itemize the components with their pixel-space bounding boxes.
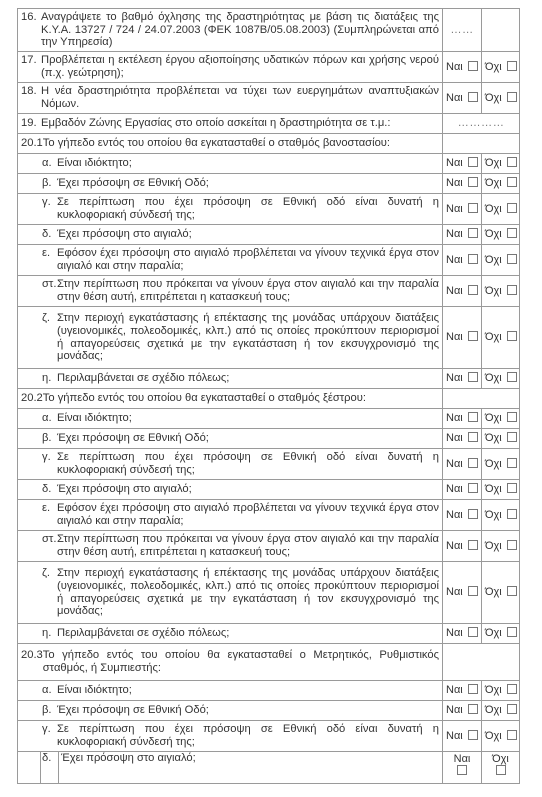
no-label: Όχι	[485, 730, 502, 742]
question-cell: α.Είναι ιδιόκτητο;	[18, 154, 443, 174]
question-text: Εφόσον έχει πρόσοψη στο αιγιαλό προβλέπε…	[57, 247, 439, 272]
yes-checkbox-20-1-1[interactable]	[468, 177, 478, 187]
question-cell: η.Περιλαμβάνεται σε σχέδιο πόλεως;	[18, 369, 443, 389]
question-text: Έχει πρόσοψη σε Εθνική Οδό;	[57, 177, 439, 190]
question-cell: ε.Εφόσον έχει πρόσοψη στο αιγιαλό προβλέ…	[18, 500, 443, 531]
table-row: ε.Εφόσον έχει πρόσοψη στο αιγιαλό προβλέ…	[18, 245, 520, 276]
question-text: Αναγράψετε το βαθμό όχλησης της δραστηρι…	[41, 11, 439, 49]
question-number: η.	[42, 372, 57, 385]
table-row: η.Περιλαμβάνεται σε σχέδιο πόλεως;Ναι Όχ…	[18, 369, 520, 389]
no-label: Όχι	[485, 432, 502, 444]
yes-cell: Ναι	[443, 154, 482, 174]
question-cell: 16.Αναγράψετε το βαθμό όχλησης της δραστ…	[18, 9, 443, 52]
yes-label: Ναι	[446, 331, 463, 343]
no-label: Όχι	[485, 285, 502, 297]
question-cell: στ.Στην περίπτωση που πρόκειται να γίνου…	[18, 276, 443, 307]
table-row: 17.Προβλέπεται η εκτέλεση έργου αξιοποίη…	[18, 52, 520, 83]
table-row: ε.Εφόσον έχει πρόσοψη στο αιγιαλό προβλέ…	[18, 500, 520, 531]
yes-checkbox-20-1-6[interactable]	[468, 331, 478, 341]
yes-checkbox-20-2-7[interactable]	[468, 627, 478, 637]
no-label: Όχι	[485, 177, 502, 189]
yes-checkbox-20-2-6[interactable]	[468, 586, 478, 596]
question-text: Είναι ιδιόκτητο;	[57, 684, 439, 697]
yes-label: Ναι	[446, 372, 463, 384]
yes-checkbox-20-3-1[interactable]	[468, 704, 478, 714]
yes-label: Ναι	[446, 483, 463, 495]
question-number: γ.	[42, 451, 57, 476]
question-text: Σε περίπτωση που έχει πρόσοψη σε Εθνική …	[57, 723, 439, 748]
question-number: ζ.	[42, 312, 57, 362]
table-row: 20.2Το γήπεδο εντός του οποίου θα εγκατα…	[18, 389, 520, 409]
yes-cell: Ναι	[443, 480, 482, 500]
no-checkbox-20-2-6[interactable]	[507, 586, 517, 596]
no-checkbox-20-3-3[interactable]	[496, 765, 506, 775]
yes-checkbox-20-1-0[interactable]	[468, 157, 478, 167]
no-checkbox-20-1-1[interactable]	[507, 177, 517, 187]
question-cell: γ.Σε περίπτωση που έχει πρόσοψη σε Εθνικ…	[18, 449, 443, 480]
question-text: Εφόσον έχει πρόσοψη στο αιγιαλό προβλέπε…	[57, 502, 439, 527]
table-row: ζ.Στην περιοχή εγκατάστασης ή επέκτασης …	[18, 307, 520, 369]
yes-cell: Ναι	[443, 562, 482, 624]
header-answer-cell	[443, 644, 520, 681]
question-text: Η νέα δραστηριότητα προβλέπεται να τύχει…	[41, 85, 439, 110]
yes-cell: Ναι	[443, 624, 482, 644]
yes-label: Ναι	[446, 704, 463, 716]
no-cell: Όχι	[482, 409, 520, 429]
question-cell: β.Έχει πρόσοψη σε Εθνική Οδό;	[18, 701, 443, 721]
yes-label: Ναι	[446, 61, 463, 73]
yes-cell: Ναι	[443, 409, 482, 429]
no-checkbox-q17[interactable]	[507, 61, 517, 71]
no-cell: Όχι	[482, 449, 520, 480]
table-row: γ.Σε περίπτωση που έχει πρόσοψη σε Εθνικ…	[18, 721, 520, 752]
question-cell: 20.1Το γήπεδο εντός του οποίου θα εγκατα…	[18, 134, 443, 154]
no-cell: Όχι	[482, 480, 520, 500]
question-text: Σε περίπτωση που έχει πρόσοψη σε Εθνική …	[57, 196, 439, 221]
yes-label: Ναι	[446, 228, 463, 240]
no-cell: Όχι	[482, 174, 520, 194]
yes-label: Ναι	[446, 92, 463, 104]
question-text: Είναι ιδιόκτητο;	[57, 412, 439, 425]
no-cell: Όχι	[482, 500, 520, 531]
question-text: Σε περίπτωση που έχει πρόσοψη σε Εθνική …	[57, 451, 439, 476]
no-label: Όχι	[485, 412, 502, 424]
question-cell: ζ.Στην περιοχή εγκατάστασης ή επέκτασης …	[18, 562, 443, 624]
yes-cell: Ναι	[443, 531, 482, 562]
yes-label: Ναι	[446, 432, 463, 444]
no-cell: Όχι	[482, 624, 520, 644]
yes-label: Ναι	[446, 540, 463, 552]
question-number: 20.1	[21, 137, 43, 150]
question-number: β.	[42, 177, 57, 190]
question-text: Περιλαμβάνεται σε σχέδιο πόλεως;	[57, 372, 439, 385]
question-cell: δ.Έχει πρόσοψη στο αιγιαλό;	[18, 225, 443, 245]
question-number: δ.	[42, 483, 57, 496]
question-cell: 19.Εμβαδόν Ζώνης Εργασίας στο οποίο ασκε…	[18, 114, 443, 134]
no-checkbox-20-1-7[interactable]	[507, 372, 517, 382]
question-number: 16.	[21, 11, 41, 49]
no-checkbox-20-2-7[interactable]	[507, 627, 517, 637]
yes-checkbox-20-2-3[interactable]	[468, 483, 478, 493]
yes-checkbox-20-2-1[interactable]	[468, 432, 478, 442]
question-text: Στην περίπτωση που πρόκειται να γίνουν έ…	[57, 278, 439, 303]
table-row: β.Έχει πρόσοψη σε Εθνική Οδό;Ναι Όχι	[18, 701, 520, 721]
yes-cell: Ναι	[443, 721, 482, 752]
question-text: Στην περιοχή εγκατάστασης ή επέκτασης τη…	[57, 567, 439, 617]
no-cell: Όχι	[482, 701, 520, 721]
question-cell: δ.Έχει πρόσοψη στο αιγιαλό;	[18, 752, 443, 784]
question-number: 20.2	[21, 392, 43, 405]
questionnaire-table: 16.Αναγράψετε το βαθμό όχλησης της δραστ…	[17, 8, 520, 784]
yes-label: Ναι	[446, 203, 463, 215]
question-text: Εμβαδόν Ζώνης Εργασίας στο οποίο ασκείτα…	[41, 117, 439, 130]
no-label: Όχι	[485, 540, 502, 552]
no-checkbox-20-2-3[interactable]	[507, 483, 517, 493]
question-text: Στην περίπτωση που πρόκειται να γίνουν έ…	[57, 533, 439, 558]
question-cell: 18.Η νέα δραστηριότητα προβλέπεται να τύ…	[18, 83, 443, 114]
yes-cell: Ναι	[443, 752, 482, 784]
no-label: Όχι	[485, 61, 502, 73]
table-row: 16.Αναγράψετε το βαθμό όχλησης της δραστ…	[18, 9, 520, 52]
question-cell: δ.Έχει πρόσοψη στο αιγιαλό;	[18, 480, 443, 500]
question-text: Περιλαμβάνεται σε σχέδιο πόλεως;	[57, 627, 439, 640]
question-cell: γ.Σε περίπτωση που έχει πρόσοψη σε Εθνικ…	[18, 194, 443, 225]
header-answer-cell	[443, 389, 520, 409]
yes-cell: Ναι	[443, 174, 482, 194]
no-label: Όχι	[485, 586, 502, 598]
question-cell: γ.Σε περίπτωση που έχει πρόσοψη σε Εθνικ…	[18, 721, 443, 752]
question-cell: 17.Προβλέπεται η εκτέλεση έργου αξιοποίη…	[18, 52, 443, 83]
yes-cell: Ναι	[443, 701, 482, 721]
table-row: δ.Έχει πρόσοψη στο αιγιαλό;Ναι Όχι	[18, 225, 520, 245]
yes-cell: Ναι	[443, 245, 482, 276]
question-number: δ.	[42, 228, 57, 241]
yes-label: Ναι	[446, 684, 463, 696]
question-number: α.	[42, 412, 57, 425]
yes-checkbox-20-2-5[interactable]	[468, 540, 478, 550]
no-cell: Όχι	[482, 562, 520, 624]
table-row: ζ.Στην περιοχή εγκατάστασης ή επέκτασης …	[18, 562, 520, 624]
question-cell: β.Έχει πρόσοψη σε Εθνική Οδό;	[18, 174, 443, 194]
yes-cell: Ναι	[443, 449, 482, 480]
question-cell: 20.2Το γήπεδο εντός του οποίου θα εγκατα…	[18, 389, 443, 409]
question-number: γ.	[42, 196, 57, 221]
yes-label: Ναι	[446, 730, 463, 742]
yes-checkbox-20-1-3[interactable]	[468, 228, 478, 238]
yes-cell: Ναι	[443, 429, 482, 449]
yes-label: Ναι	[446, 458, 463, 470]
table-row: β.Έχει πρόσοψη σε Εθνική Οδό;Ναι Όχι	[18, 174, 520, 194]
question-number: γ.	[42, 723, 57, 748]
yes-cell: Ναι	[443, 52, 482, 83]
question-number: στ.	[42, 278, 57, 303]
yes-label: Ναι	[446, 509, 463, 521]
yes-label: Ναι	[446, 177, 463, 189]
no-checkbox-20-2-1[interactable]	[507, 432, 517, 442]
question-text: Έχει πρόσοψη στο αιγιαλό;	[59, 752, 442, 783]
no-checkbox-q18[interactable]	[507, 92, 517, 102]
yes-label: Ναι	[446, 157, 463, 169]
table-row: α.Είναι ιδιόκτητο;Ναι Όχι	[18, 409, 520, 429]
table-row: 18.Η νέα δραστηριότητα προβλέπεται να τύ…	[18, 83, 520, 114]
yes-checkbox-20-1-7[interactable]	[468, 372, 478, 382]
table-row: 20.1Το γήπεδο εντός του οποίου θα εγκατα…	[18, 134, 520, 154]
no-label: Όχι	[485, 157, 502, 169]
yes-checkbox-q18[interactable]	[468, 92, 478, 102]
question-text: Το γήπεδο εντός του οποίου θα εγκατασταθ…	[43, 649, 439, 674]
question-number: 20.3	[21, 649, 43, 674]
yes-cell: Ναι	[443, 681, 482, 701]
question-number: 18.	[21, 85, 41, 110]
yes-checkbox-20-3-0[interactable]	[468, 684, 478, 694]
yes-checkbox-20-3-3[interactable]	[457, 765, 467, 775]
table-row: β.Έχει πρόσοψη σε Εθνική Οδό;Ναι Όχι	[18, 429, 520, 449]
no-checkbox-20-3-2[interactable]	[507, 730, 517, 740]
yes-cell: Ναι	[443, 225, 482, 245]
question-text: Προβλέπεται η εκτέλεση έργου αξιοποίησης…	[41, 54, 439, 79]
no-cell: Όχι	[482, 531, 520, 562]
question-cell: η.Περιλαμβάνεται σε σχέδιο πόλεως;	[18, 624, 443, 644]
question-number: ε.	[42, 502, 57, 527]
no-label: Όχι	[485, 203, 502, 215]
no-checkbox-20-2-0[interactable]	[507, 412, 517, 422]
no-label: Όχι	[485, 228, 502, 240]
no-cell: Όχι	[482, 681, 520, 701]
empty-cell	[482, 9, 520, 52]
question-text: Έχει πρόσοψη στο αιγιαλό;	[57, 228, 439, 241]
question-cell: α.Είναι ιδιόκτητο;	[18, 681, 443, 701]
question-number: 17.	[21, 54, 41, 79]
question-number: α.	[42, 157, 57, 170]
table-row: δ.Έχει πρόσοψη στο αιγιαλό;Ναι Όχι	[18, 480, 520, 500]
yes-cell: Ναι	[443, 500, 482, 531]
question-text: Έχει πρόσοψη σε Εθνική Οδό;	[57, 704, 439, 717]
no-checkbox-20-2-5[interactable]	[507, 540, 517, 550]
table-row: στ.Στην περίπτωση που πρόκειται να γίνου…	[18, 276, 520, 307]
table-row: α.Είναι ιδιόκτητο;Ναι Όχι	[18, 154, 520, 174]
no-cell: Όχι	[482, 429, 520, 449]
question-cell: β.Έχει πρόσοψη σε Εθνική Οδό;	[18, 429, 443, 449]
no-label: Όχι	[492, 753, 509, 765]
table-row: 20.3Το γήπεδο εντός του οποίου θα εγκατα…	[18, 644, 520, 681]
no-label: Όχι	[485, 458, 502, 470]
no-checkbox-20-2-2[interactable]	[507, 458, 517, 468]
question-text: Το γήπεδο εντός του οποίου θα εγκατασταθ…	[43, 137, 439, 150]
no-checkbox-20-1-6[interactable]	[507, 331, 517, 341]
question-cell: ε.Εφόσον έχει πρόσοψη στο αιγιαλό προβλέ…	[18, 245, 443, 276]
no-cell: Όχι	[482, 83, 520, 114]
no-checkbox-20-2-4[interactable]	[507, 509, 517, 519]
no-label: Όχι	[485, 684, 502, 696]
question-text: Είναι ιδιόκτητο;	[57, 157, 439, 170]
yes-label: Ναι	[446, 412, 463, 424]
no-cell: Όχι	[482, 52, 520, 83]
yes-label: Ναι	[446, 586, 463, 598]
yes-label: Ναι	[446, 285, 463, 297]
table-row: 19.Εμβαδόν Ζώνης Εργασίας στο οποίο ασκε…	[18, 114, 520, 134]
no-cell: Όχι	[482, 752, 520, 784]
yes-checkbox-20-1-5[interactable]	[468, 285, 478, 295]
yes-cell: Ναι	[443, 194, 482, 225]
yes-checkbox-q17[interactable]	[468, 61, 478, 71]
no-checkbox-20-1-5[interactable]	[507, 285, 517, 295]
yes-checkbox-20-1-4[interactable]	[468, 254, 478, 264]
yes-cell: Ναι	[443, 307, 482, 369]
no-cell: Όχι	[482, 276, 520, 307]
no-cell: Όχι	[482, 307, 520, 369]
no-label: Όχι	[485, 331, 502, 343]
no-checkbox-20-3-1[interactable]	[507, 704, 517, 714]
table-row: γ.Σε περίπτωση που έχει πρόσοψη σε Εθνικ…	[18, 194, 520, 225]
yes-checkbox-20-2-4[interactable]	[468, 509, 478, 519]
yes-label: Ναι	[446, 254, 463, 266]
table-row: στ.Στην περίπτωση που πρόκειται να γίνου…	[18, 531, 520, 562]
no-label: Όχι	[485, 372, 502, 384]
question-cell: α.Είναι ιδιόκτητο;	[18, 409, 443, 429]
no-cell: Όχι	[482, 245, 520, 276]
yes-checkbox-20-2-2[interactable]	[468, 458, 478, 468]
yes-cell: Ναι	[443, 369, 482, 389]
no-checkbox-20-1-0[interactable]	[507, 157, 517, 167]
question-number: δ.	[41, 752, 59, 783]
question-number: 19.	[21, 117, 41, 130]
question-text: Έχει πρόσοψη σε Εθνική Οδό;	[57, 432, 439, 445]
question-text: Το γήπεδο εντός του οποίου θα εγκατασταθ…	[43, 392, 439, 405]
question-cell: ζ.Στην περιοχή εγκατάστασης ή επέκτασης …	[18, 307, 443, 369]
yes-cell: Ναι	[443, 276, 482, 307]
no-label: Όχι	[485, 627, 502, 639]
no-cell: Όχι	[482, 225, 520, 245]
no-cell: Όχι	[482, 369, 520, 389]
table-row: γ.Σε περίπτωση που έχει πρόσοψη σε Εθνικ…	[18, 449, 520, 480]
yes-cell: Ναι	[443, 83, 482, 114]
no-label: Όχι	[485, 254, 502, 266]
no-checkbox-20-1-2[interactable]	[507, 203, 517, 213]
yes-checkbox-20-2-0[interactable]	[468, 412, 478, 422]
no-cell: Όχι	[482, 721, 520, 752]
question-number: α.	[42, 684, 57, 697]
question-number: ζ.	[42, 567, 57, 617]
question-text: Έχει πρόσοψη στο αιγιαλό;	[57, 483, 439, 496]
no-checkbox-20-3-0[interactable]	[507, 684, 517, 694]
question-cell: στ.Στην περίπτωση που πρόκειται να γίνου…	[18, 531, 443, 562]
no-checkbox-20-1-4[interactable]	[507, 254, 517, 264]
yes-checkbox-20-1-2[interactable]	[468, 203, 478, 213]
question-number: στ.	[42, 533, 57, 558]
question-text: Στην περιοχή εγκατάστασης ή επέκτασης τη…	[57, 312, 439, 362]
yes-label: Ναι	[446, 627, 463, 639]
table-row: η.Περιλαμβάνεται σε σχέδιο πόλεως;Ναι Όχ…	[18, 624, 520, 644]
no-label: Όχι	[485, 509, 502, 521]
question-number: ε.	[42, 247, 57, 272]
question-cell: 20.3Το γήπεδο εντός του οποίου θα εγκατα…	[18, 644, 443, 681]
table-row: δ.Έχει πρόσοψη στο αιγιαλό;ΝαιΌχι	[18, 752, 520, 784]
question-number: β.	[42, 432, 57, 445]
no-checkbox-20-1-3[interactable]	[507, 228, 517, 238]
no-label: Όχι	[485, 92, 502, 104]
question-number: η.	[42, 627, 57, 640]
no-label: Όχι	[485, 704, 502, 716]
no-label: Όχι	[485, 483, 502, 495]
table-row: α.Είναι ιδιόκτητο;Ναι Όχι	[18, 681, 520, 701]
yes-label: Ναι	[454, 753, 471, 765]
no-cell: Όχι	[482, 154, 520, 174]
answer-field[interactable]: ……	[443, 9, 482, 52]
yes-checkbox-20-3-2[interactable]	[468, 730, 478, 740]
question-number: β.	[42, 704, 57, 717]
header-answer-cell	[443, 134, 520, 154]
answer-field[interactable]: …………	[443, 114, 520, 134]
no-cell: Όχι	[482, 194, 520, 225]
